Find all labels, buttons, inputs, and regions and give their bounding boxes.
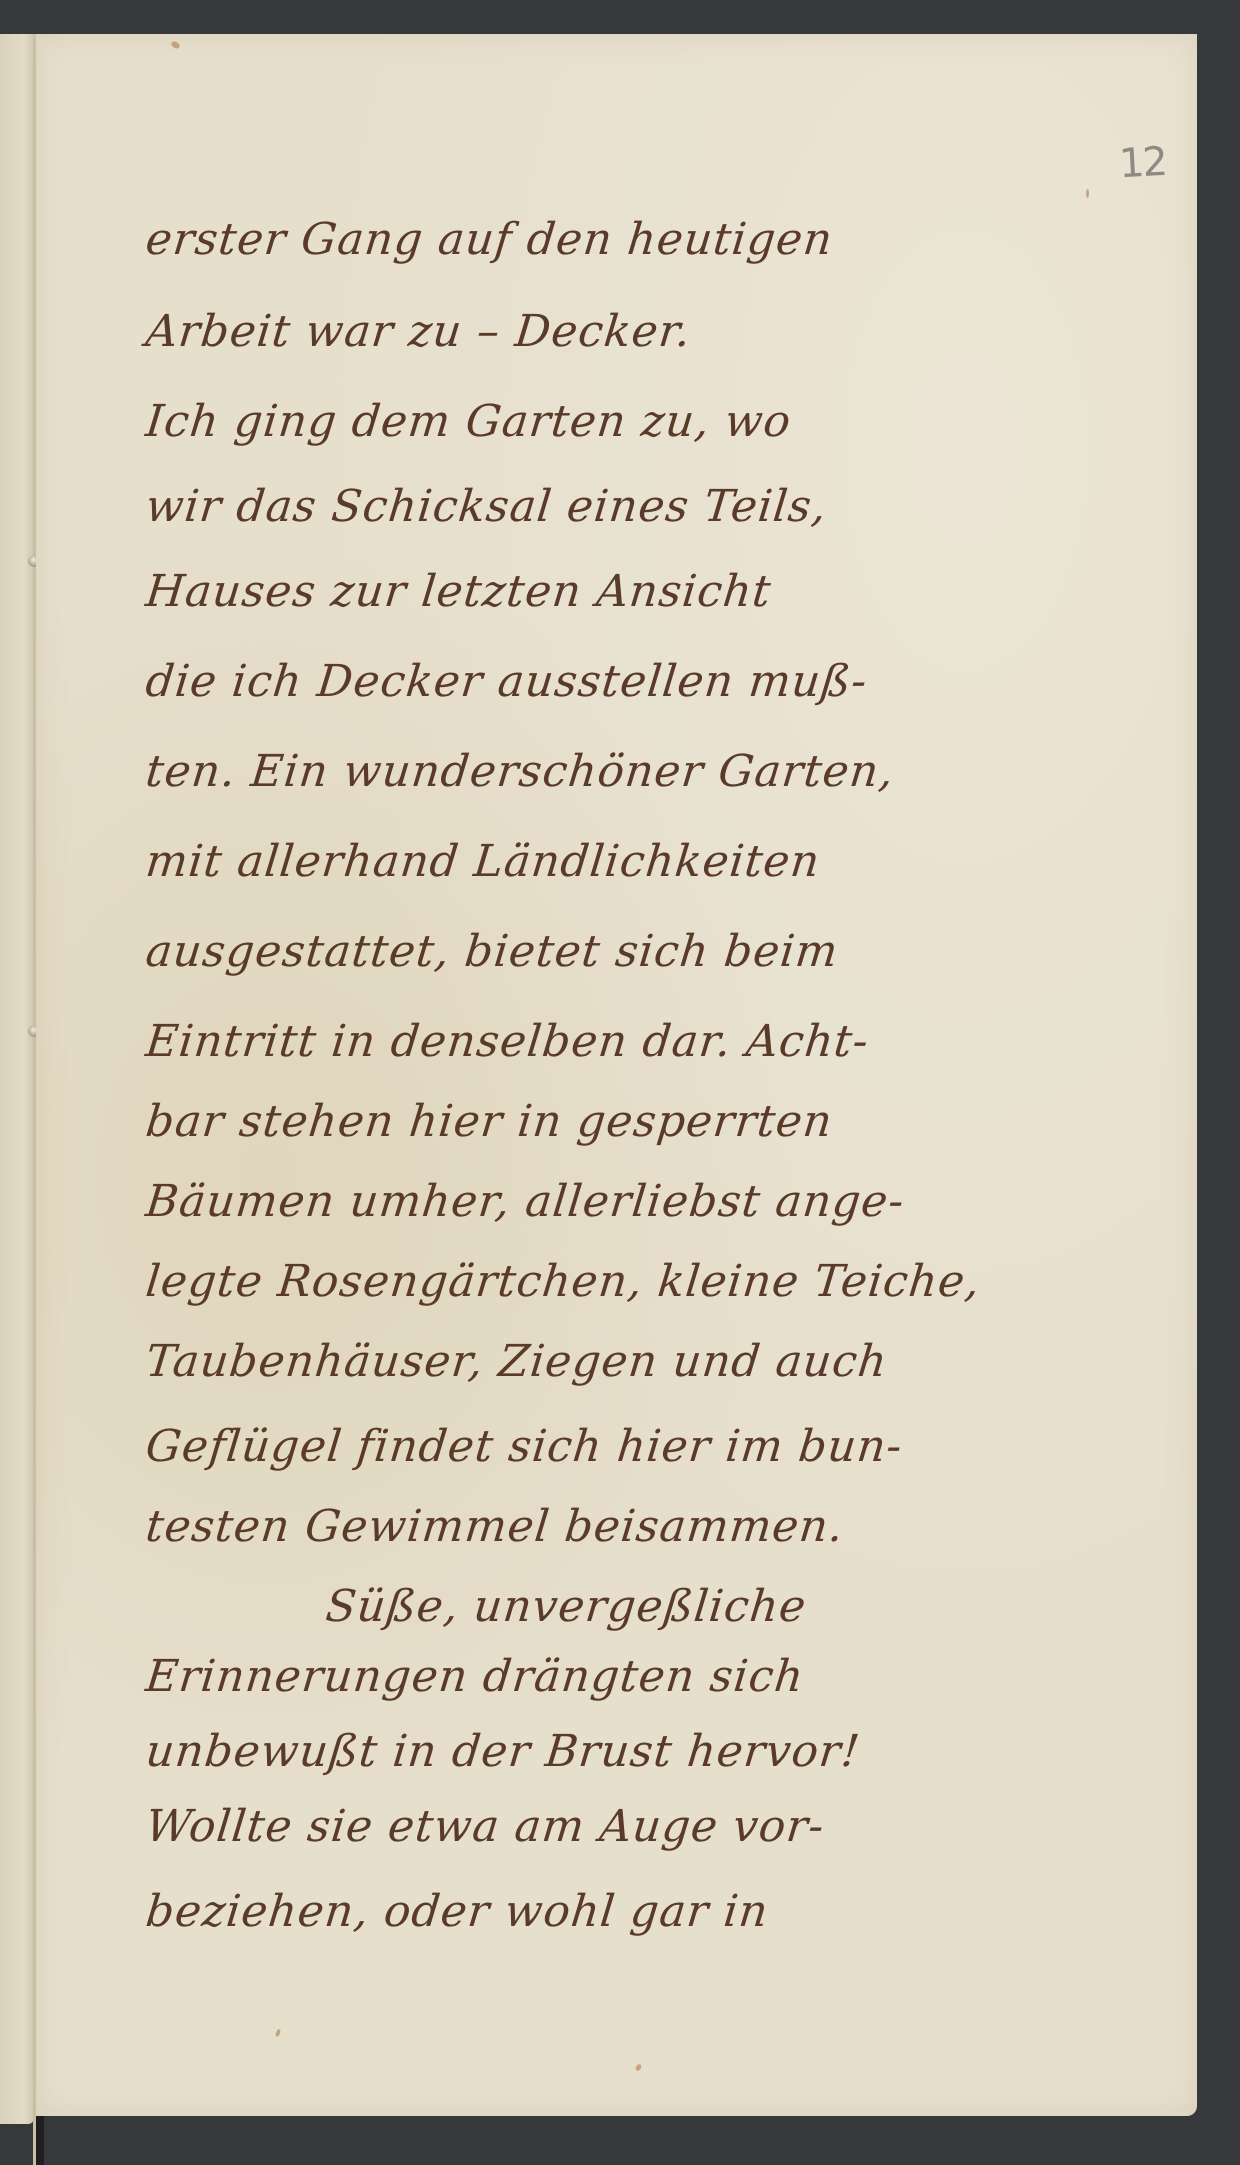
- manuscript-page: 12 erster Gang auf den heutigen Arbeit w…: [36, 34, 1197, 2116]
- text-line: die ich Decker ausstellen muß-: [144, 660, 870, 704]
- paper-speck: [170, 40, 181, 50]
- text-line: Geflügel findet sich hier im bun-: [144, 1425, 905, 1469]
- text-line: testen Gewimmel beisammen.: [144, 1505, 846, 1549]
- paper-speck: [1086, 189, 1089, 198]
- text-line: Ich ging dem Garten zu, wo: [144, 400, 794, 444]
- text-line: Hauses zur letzten Ansicht: [144, 570, 774, 614]
- text-line-paragraph-start: Süße, unvergeßliche: [324, 1585, 809, 1629]
- text-line: erster Gang auf den heutigen: [144, 218, 835, 262]
- text-line: legte Rosengärtchen, kleine Teiche,: [144, 1260, 983, 1304]
- text-line: Wollte sie etwa am Auge vor-: [144, 1805, 827, 1849]
- facing-page-edge: [0, 34, 34, 2124]
- text-line: Taubenhäuser, Ziegen und auch: [144, 1340, 890, 1384]
- paper-speck: [635, 2063, 643, 2072]
- folio-number: 12: [1118, 139, 1167, 187]
- text-line: Bäumen umher, allerliebst ange-: [144, 1180, 907, 1224]
- text-line: Arbeit war zu – Decker.: [144, 310, 694, 354]
- paper-speck: [275, 2029, 281, 2038]
- text-line: beziehen, oder wohl gar in: [144, 1890, 771, 1934]
- text-line: Eintritt in denselben dar. Acht-: [144, 1020, 871, 1064]
- text-line: unbewußt in der Brust hervor!: [144, 1730, 863, 1774]
- text-line: ten. Ein wunderschöner Garten,: [144, 750, 897, 794]
- text-line: mit allerhand Ländlichkeiten: [144, 840, 823, 884]
- text-line: Erinnerungen drängten sich: [144, 1655, 806, 1699]
- text-line: bar stehen hier in gesperrten: [144, 1100, 835, 1144]
- text-line: wir das Schicksal eines Teils,: [144, 485, 829, 529]
- text-line: ausgestattet, bietet sich beim: [144, 930, 841, 974]
